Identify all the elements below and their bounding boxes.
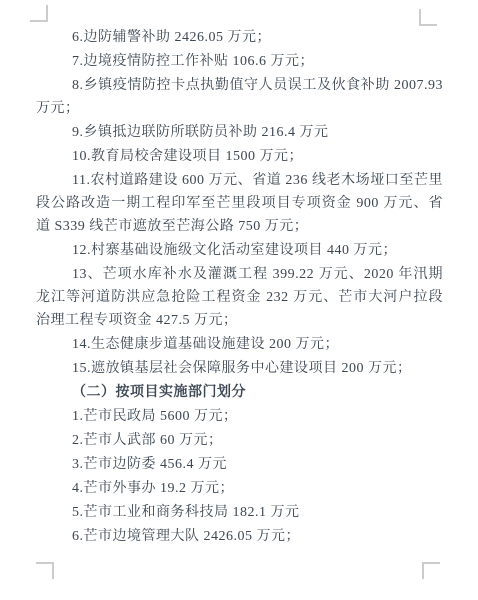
crop-mark-top-right <box>419 9 437 26</box>
section-heading: （二）按项目实施部门划分 <box>36 381 443 404</box>
paragraph: 5.芒市工业和商务科技局 182.1 万元 <box>36 501 443 524</box>
paragraph: 11.农村道路建设 600 万元、省道 236 线老木场垭口至芒里段公路改造一期… <box>36 169 443 238</box>
paragraph: 6.芒市边境管理大队 2426.05 万元； <box>36 525 443 548</box>
paragraph: 8.乡镇疫情防控卡点执勤值守人员误工及伙食补助 2007.93 万元； <box>36 74 443 120</box>
paragraph: 6.边防辅警补助 2426.05 万元； <box>36 26 443 49</box>
crop-mark-top-left <box>30 5 48 22</box>
crop-mark-bottom-left <box>36 562 54 579</box>
paragraph: 12.村寨基础设施级文化活动室建设项目 440 万元； <box>36 239 443 262</box>
paragraph: 4.芒市外事办 19.2 万元； <box>36 477 443 500</box>
crop-mark-bottom-right <box>422 562 440 579</box>
paragraph: 13、芒项水库补水及灌溉工程 399.22 万元、2020 年汛期龙江等河道防洪… <box>36 263 443 332</box>
paragraph: 15.遮放镇基层社会保障服务中心建设项目 200 万元； <box>36 357 443 380</box>
document-page: 6.边防辅警补助 2426.05 万元；7.边境疫情防控工作补贴 106.6 万… <box>0 0 478 600</box>
paragraph: 2.芒市人武部 60 万元； <box>36 429 443 452</box>
paragraph: 1.芒市民政局 5600 万元； <box>36 405 443 428</box>
paragraph: 7.边境疫情防控工作补贴 106.6 万元； <box>36 50 443 73</box>
document-body: 6.边防辅警补助 2426.05 万元；7.边境疫情防控工作补贴 106.6 万… <box>36 26 443 549</box>
paragraph: 9.乡镇抵边联防所联防员补助 216.4 万元 <box>36 121 443 144</box>
paragraph: 3.芒市边防委 456.4 万元 <box>36 453 443 476</box>
paragraph: 14.生态健康步道基础设施建设 200 万元； <box>36 333 443 356</box>
paragraph: 10.教育局校舍建设项目 1500 万元； <box>36 145 443 168</box>
